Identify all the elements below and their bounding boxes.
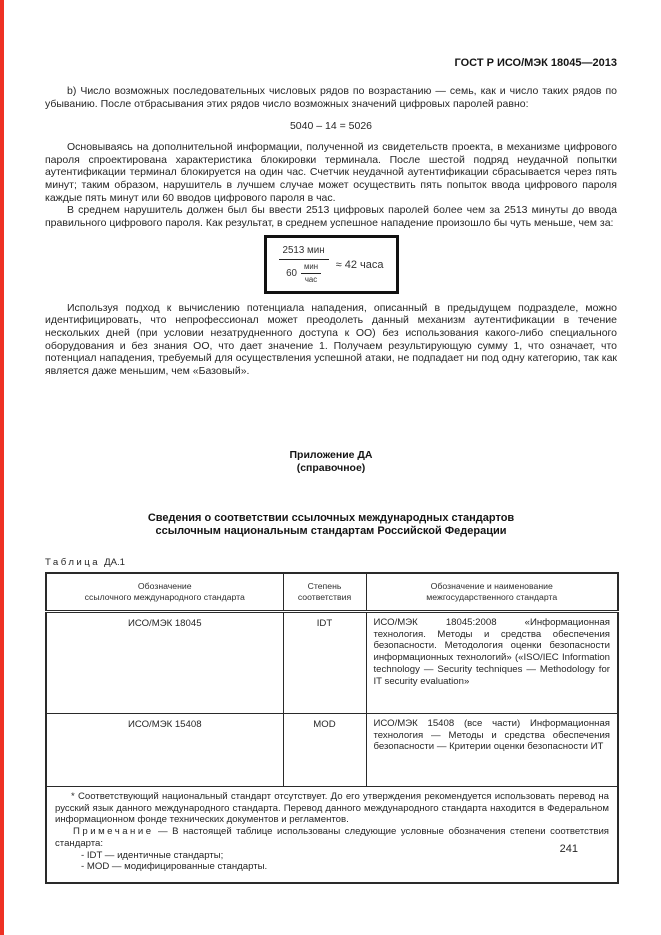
appendix-sublabel: (справочное) xyxy=(45,462,617,475)
column-header-degree: Степень соответствия xyxy=(283,573,366,612)
appendix-heading: Приложение ДА (справочное) xyxy=(45,449,617,474)
main-text-block: b) Число возможных последовательных числ… xyxy=(45,85,617,377)
footnote-asterisk-text: * Соответствующий национальный стандарт … xyxy=(55,791,609,826)
table-footnote-row: * Соответствующий национальный стандарт … xyxy=(46,787,618,883)
cell-intl-standard-15408: ИСО/МЭК 15408 xyxy=(46,714,283,787)
paragraph-lockout-mechanism: Основываясь на дополнительной информации… xyxy=(45,141,617,204)
formula-result: ≈ 42 часа xyxy=(336,259,384,271)
appendix-title-line1: Сведения о соответствии ссылочных междун… xyxy=(45,512,617,525)
table-row: ИСО/МЭК 15408 MOD ИСО/МЭК 15408 (все час… xyxy=(46,714,618,787)
document-page: { "page": { "header": "ГОСТ Р ИСО/МЭК 18… xyxy=(0,0,661,935)
appendix-title: Сведения о соответствии ссылочных междун… xyxy=(45,512,617,538)
framed-formula: 2513 мин 60 мин час ≈ 42 часа xyxy=(264,235,399,294)
nested-fraction: мин час xyxy=(301,263,321,284)
page-number: 241 xyxy=(560,843,578,855)
footnote-note: Примечание — В настоящей таблице использ… xyxy=(55,826,609,849)
cell-degree-idt: IDT xyxy=(283,612,366,714)
paragraph-average-attacker: В среднем нарушитель должен был бы ввест… xyxy=(45,204,617,229)
column-header-national-standard: Обозначение и наименование межгосударств… xyxy=(366,573,618,612)
nested-numerator: мин xyxy=(301,263,321,274)
appendix-title-line2: ссылочным национальным стандартам Россий… xyxy=(45,525,617,538)
footnote-note-label: Примечание xyxy=(73,826,154,837)
standards-correspondence-table: Обозначение ссылочного международного ст… xyxy=(45,572,619,884)
cell-national-standard-18045: ИСО/МЭК 18045:2008 «Информационная техно… xyxy=(366,612,618,714)
formula-box-container: 2513 мин 60 мин час ≈ 42 часа xyxy=(45,235,617,294)
document-header-standard-number: ГОСТ Р ИСО/МЭК 18045—2013 xyxy=(45,57,617,69)
formula-subtraction: 5040 – 14 = 5026 xyxy=(45,120,617,132)
cell-intl-standard-18045: ИСО/МЭК 18045 xyxy=(46,612,283,714)
appendix-label: Приложение ДА xyxy=(45,449,617,462)
footnote-item-idt: - IDT — идентичные стандарты; xyxy=(55,850,609,862)
paragraph-attack-potential: Используя подход к вычислению потенциала… xyxy=(45,302,617,378)
fraction-numerator: 2513 мин xyxy=(279,245,329,260)
footnote-item-mod: - MOD — модифицированные стандарты. xyxy=(55,861,609,873)
table-row: ИСО/МЭК 18045 IDT ИСО/МЭК 18045:2008 «Ин… xyxy=(46,612,618,714)
cell-degree-mod: MOD xyxy=(283,714,366,787)
table-caption-word: Таблица xyxy=(45,557,100,568)
cell-national-standard-15408: ИСО/МЭК 15408 (все части) Информационная… xyxy=(366,714,618,787)
denominator-coefficient: 60 xyxy=(286,268,297,279)
nested-denominator: час xyxy=(305,274,317,284)
fraction-denominator: 60 мин час xyxy=(286,263,321,284)
scan-edge-red-strip xyxy=(0,0,4,935)
table-caption: ТаблицаДА.1 xyxy=(45,557,617,568)
table-footnote-cell: * Соответствующий национальный стандарт … xyxy=(46,787,618,883)
table-header-row: Обозначение ссылочного международного ст… xyxy=(46,573,618,612)
paragraph-item-b: b) Число возможных последовательных числ… xyxy=(45,85,617,110)
table-caption-number: ДА.1 xyxy=(104,557,125,568)
fraction: 2513 мин 60 мин час xyxy=(279,245,329,284)
column-header-international-standard: Обозначение ссылочного международного ст… xyxy=(46,573,283,612)
